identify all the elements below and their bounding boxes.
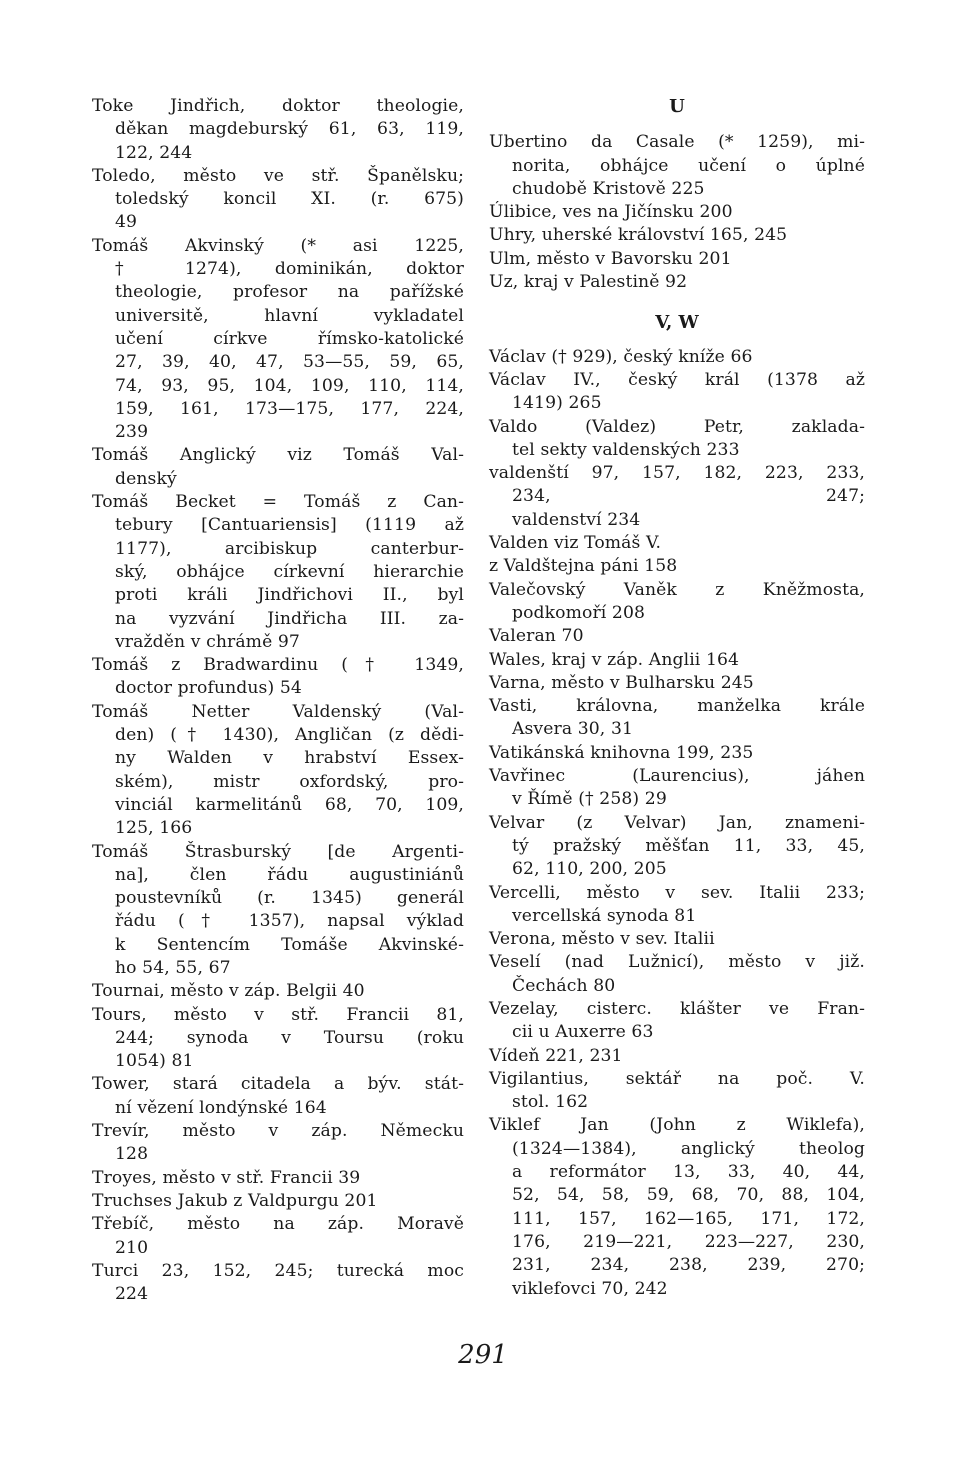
index-entry: Uz, kraj v Palestině 92: [489, 271, 865, 294]
index-entry: Tomáš Akvinský (* asi 1225,† 1274), domi…: [92, 235, 464, 445]
index-entry: Valden viz Tomáš V.: [489, 532, 865, 555]
entry-continuation-line: 176, 219—221, 223—227, 230,: [489, 1231, 865, 1254]
entry-headword-line: Toledo, město ve stř. Španělsku;: [92, 165, 464, 188]
entry-continuation-line: vercellská synoda 81: [489, 905, 865, 928]
entry-continuation-line: řádu († 1357), napsal výklad: [92, 910, 464, 933]
index-entry: Valeran 70: [489, 625, 865, 648]
entry-headword-line: Turci 23, 152, 245; turecká moc: [92, 1260, 464, 1283]
entry-continuation-line: norita, obhájce učení o úplné: [489, 155, 865, 178]
section-letter-heading: U: [489, 95, 865, 118]
page-number-text: 291: [458, 1340, 508, 1370]
index-entry: Valdo (Valdez) Petr, zaklada-tel sekty v…: [489, 416, 865, 463]
entry-continuation-line: 52, 54, 58, 59, 68, 70, 88, 104,: [489, 1184, 865, 1207]
index-entry: Václav († 929), český kníže 66: [489, 346, 865, 369]
entry-continuation-line: 62, 110, 200, 205: [489, 858, 865, 881]
entry-headword-line: Vigilantius, sektář na poč. V.: [489, 1068, 865, 1091]
index-entry: Třebíč, město na záp. Moravě210: [92, 1213, 464, 1260]
entry-headword-line: Valdo (Valdez) Petr, zaklada-: [489, 416, 865, 439]
entry-continuation-line: ní vězení londýnské 164: [92, 1097, 464, 1120]
index-entry: Ubertino da Casale (* 1259), mi-norita, …: [489, 131, 865, 201]
entry-continuation-line: theologie, profesor na pařížské: [92, 281, 464, 304]
entry-continuation-line: ský, obhájce církevní hierarchie: [92, 561, 464, 584]
entry-headword-line: Tournai, město v záp. Belgii 40: [92, 980, 464, 1003]
entry-continuation-line: 234, 247;: [489, 485, 865, 508]
entry-headword-line: Varna, město v Bulharsku 245: [489, 672, 865, 695]
entry-continuation-line: podkomoří 208: [489, 602, 865, 625]
entry-headword-line: Toke Jindřich, doktor theologie,: [92, 95, 464, 118]
entry-headword-line: Vezelay, cisterc. klášter ve Fran-: [489, 998, 865, 1021]
entry-headword-line: Veselí (nad Lužnicí), město v již.: [489, 951, 865, 974]
entry-continuation-line: 27, 39, 40, 47, 53—55, 59, 65,: [92, 351, 464, 374]
section-letter-heading: V, W: [489, 311, 865, 334]
entry-continuation-line: universitě, hlavní vykladatel: [92, 305, 464, 328]
entry-headword-line: Valečovský Vaněk z Kněžmosta,: [489, 579, 865, 602]
index-entry: Ulm, město v Bavorsku 201: [489, 248, 865, 271]
entry-headword-line: Vídeň 221, 231: [489, 1045, 865, 1068]
entry-continuation-line: poustevníků (r. 1345) generál: [92, 887, 464, 910]
entry-headword-line: Tomáš Štrasburský [de Argenti-: [92, 841, 464, 864]
entry-headword-line: Tomáš z Bradwardinu († 1349,: [92, 654, 464, 677]
index-entry: valdenští 97, 157, 182, 223, 233,234, 24…: [489, 462, 865, 532]
entry-continuation-line: 244; synoda v Toursu (roku: [92, 1027, 464, 1050]
entry-continuation-line: chudobě Kristově 225: [489, 178, 865, 201]
entry-headword-line: Tomáš Becket = Tomáš z Can-: [92, 491, 464, 514]
index-entry: Václav IV., český král (1378 až1419) 265: [489, 369, 865, 416]
entry-headword-line: Vasti, královna, manželka krále: [489, 695, 865, 718]
index-entry: Vercelli, město v sev. Italii 233;vercel…: [489, 882, 865, 929]
index-entry: Tomáš Anglický viz Tomáš Val-denský: [92, 444, 464, 491]
index-entry: Truchses Jakub z Valdpurgu 201: [92, 1190, 464, 1213]
index-entry: Wales, kraj v záp. Anglii 164: [489, 649, 865, 672]
index-entry: Tomáš Netter Valdenský (Val-den) († 1430…: [92, 701, 464, 841]
entry-headword-line: Tomáš Anglický viz Tomáš Val-: [92, 444, 464, 467]
entry-continuation-line: Čechách 80: [489, 975, 865, 998]
entry-continuation-line: děkan magdeburský 61, 63, 119,: [92, 118, 464, 141]
entry-continuation-line: 125, 166: [92, 817, 464, 840]
entry-headword-line: Trevír, město v záp. Německu: [92, 1120, 464, 1143]
entry-headword-line: Troyes, město v stř. Francii 39: [92, 1167, 464, 1190]
entry-continuation-line: 128: [92, 1143, 464, 1166]
entry-continuation-line: stol. 162: [489, 1091, 865, 1114]
index-entry: Tower, stará citadela a býv. stát-ní věz…: [92, 1073, 464, 1120]
index-entry: Vezelay, cisterc. klášter ve Fran-cii u …: [489, 998, 865, 1045]
entry-continuation-line: vinciál karmelitánů 68, 70, 109,: [92, 794, 464, 817]
entry-continuation-line: 74, 93, 95, 104, 109, 110, 114,: [92, 375, 464, 398]
entry-headword-line: Tomáš Akvinský (* asi 1225,: [92, 235, 464, 258]
entry-continuation-line: ském), mistr oxfordský, pro-: [92, 771, 464, 794]
page-number: 291: [0, 1340, 960, 1370]
entry-continuation-line: (1324—1384), anglický theolog: [489, 1138, 865, 1161]
entry-continuation-line: učení církve římsko-katolické: [92, 328, 464, 351]
entry-continuation-line: 1419) 265: [489, 392, 865, 415]
entry-continuation-line: 239: [92, 421, 464, 444]
index-entry: Tours, město v stř. Francii 81,244; syno…: [92, 1004, 464, 1074]
entry-continuation-line: na vyzvání Jindřicha III. za-: [92, 608, 464, 631]
entry-continuation-line: 122, 244: [92, 142, 464, 165]
entry-continuation-line: valdenství 234: [489, 509, 865, 532]
index-entry: Veselí (nad Lužnicí), město v již.Čechác…: [489, 951, 865, 998]
entry-continuation-line: 159, 161, 173—175, 177, 224,: [92, 398, 464, 421]
entry-headword-line: Uz, kraj v Palestině 92: [489, 271, 865, 294]
index-entry: Viklef Jan (John z Wiklefa),(1324—1384),…: [489, 1114, 865, 1300]
index-column-left: Toke Jindřich, doktor theologie,děkan ma…: [92, 95, 464, 1306]
entry-headword-line: Vercelli, město v sev. Italii 233;: [489, 882, 865, 905]
index-entry: Verona, město v sev. Italii: [489, 928, 865, 951]
entry-headword-line: Ulm, město v Bavorsku 201: [489, 248, 865, 271]
entry-headword-line: z Valdštejna páni 158: [489, 555, 865, 578]
entry-continuation-line: tebury [Cantuariensis] (1119 až: [92, 514, 464, 537]
entry-continuation-line: vražděn v chrámě 97: [92, 631, 464, 654]
entry-continuation-line: den) († 1430), Angličan (z dědi-: [92, 724, 464, 747]
index-entry: Vigilantius, sektář na poč. V.stol. 162: [489, 1068, 865, 1115]
index-entry: Úlibice, ves na Jičínsku 200: [489, 201, 865, 224]
index-entry: Toledo, město ve stř. Španělsku;toledský…: [92, 165, 464, 235]
index-entry: Tomáš z Bradwardinu († 1349,doctor profu…: [92, 654, 464, 701]
entry-continuation-line: na], člen řádu augustiniánů: [92, 864, 464, 887]
entry-continuation-line: 231, 234, 238, 239, 270;: [489, 1254, 865, 1277]
entry-headword-line: Verona, město v sev. Italii: [489, 928, 865, 951]
index-entry: Tournai, město v záp. Belgii 40: [92, 980, 464, 1003]
index-entry: Uhry, uherské království 165, 245: [489, 224, 865, 247]
entry-continuation-line: k Sentencím Tomáše Akvinské-: [92, 934, 464, 957]
entry-continuation-line: 1177), arcibiskup canterbur-: [92, 538, 464, 561]
index-column-right: UUbertino da Casale (* 1259), mi-norita,…: [489, 95, 865, 1301]
index-entry: Varna, město v Bulharsku 245: [489, 672, 865, 695]
index-entry: Turci 23, 152, 245; turecká moc224: [92, 1260, 464, 1307]
entry-continuation-line: toledský koncil XI. (r. 675): [92, 188, 464, 211]
entry-headword-line: Uhry, uherské království 165, 245: [489, 224, 865, 247]
entry-headword-line: Truchses Jakub z Valdpurgu 201: [92, 1190, 464, 1213]
entry-headword-line: Valeran 70: [489, 625, 865, 648]
entry-continuation-line: denský: [92, 468, 464, 491]
index-entry: Vatikánská knihovna 199, 235: [489, 742, 865, 765]
entry-headword-line: Velvar (z Velvar) Jan, znameni-: [489, 812, 865, 835]
index-entry: Vavřinec (Laurencius), jáhenv Římě († 25…: [489, 765, 865, 812]
entry-headword-line: Úlibice, ves na Jičínsku 200: [489, 201, 865, 224]
entry-continuation-line: cii u Auxerre 63: [489, 1021, 865, 1044]
entry-continuation-line: viklefovci 70, 242: [489, 1278, 865, 1301]
entry-headword-line: Valden viz Tomáš V.: [489, 532, 865, 555]
entry-headword-line: Václav († 929), český kníže 66: [489, 346, 865, 369]
entry-continuation-line: † 1274), dominikán, doktor: [92, 258, 464, 281]
entry-headword-line: Ubertino da Casale (* 1259), mi-: [489, 131, 865, 154]
index-entry: Velvar (z Velvar) Jan, znameni-tý pražsk…: [489, 812, 865, 882]
entry-continuation-line: v Římě († 258) 29: [489, 788, 865, 811]
index-entry: Tomáš Becket = Tomáš z Can-tebury [Cantu…: [92, 491, 464, 654]
entry-headword-line: Tower, stará citadela a býv. stát-: [92, 1073, 464, 1096]
entry-continuation-line: a reformátor 13, 33, 40, 44,: [489, 1161, 865, 1184]
entry-continuation-line: doctor profundus) 54: [92, 677, 464, 700]
entry-headword-line: Václav IV., český král (1378 až: [489, 369, 865, 392]
entry-headword-line: valdenští 97, 157, 182, 223, 233,: [489, 462, 865, 485]
entry-headword-line: Tomáš Netter Valdenský (Val-: [92, 701, 464, 724]
entry-headword-line: Třebíč, město na záp. Moravě: [92, 1213, 464, 1236]
entry-continuation-line: tel sekty valdenských 233: [489, 439, 865, 462]
index-entry: Vasti, královna, manželka králeAsvera 30…: [489, 695, 865, 742]
entry-continuation-line: 1054) 81: [92, 1050, 464, 1073]
entry-continuation-line: 111, 157, 162—165, 171, 172,: [489, 1208, 865, 1231]
entry-headword-line: Vavřinec (Laurencius), jáhen: [489, 765, 865, 788]
index-entry: Trevír, město v záp. Německu128: [92, 1120, 464, 1167]
index-entry: Tomáš Štrasburský [de Argenti-na], člen …: [92, 841, 464, 981]
entry-headword-line: Wales, kraj v záp. Anglii 164: [489, 649, 865, 672]
index-entry: z Valdštejna páni 158: [489, 555, 865, 578]
entry-continuation-line: 224: [92, 1283, 464, 1306]
entry-continuation-line: ho 54, 55, 67: [92, 957, 464, 980]
entry-continuation-line: tý pražský měšťan 11, 33, 45,: [489, 835, 865, 858]
index-entry: Troyes, město v stř. Francii 39: [92, 1167, 464, 1190]
index-entry: Toke Jindřich, doktor theologie,děkan ma…: [92, 95, 464, 165]
entry-continuation-line: ny Walden v hrabství Essex-: [92, 747, 464, 770]
entry-headword-line: Tours, město v stř. Francii 81,: [92, 1004, 464, 1027]
index-entry: Vídeň 221, 231: [489, 1045, 865, 1068]
entry-continuation-line: proti králi Jindřichovi II., byl: [92, 584, 464, 607]
entry-headword-line: Vatikánská knihovna 199, 235: [489, 742, 865, 765]
entry-continuation-line: 49: [92, 211, 464, 234]
entry-headword-line: Viklef Jan (John z Wiklefa),: [489, 1114, 865, 1137]
entry-continuation-line: 210: [92, 1237, 464, 1260]
entry-continuation-line: Asvera 30, 31: [489, 718, 865, 741]
index-entry: Valečovský Vaněk z Kněžmosta,podkomoří 2…: [489, 579, 865, 626]
